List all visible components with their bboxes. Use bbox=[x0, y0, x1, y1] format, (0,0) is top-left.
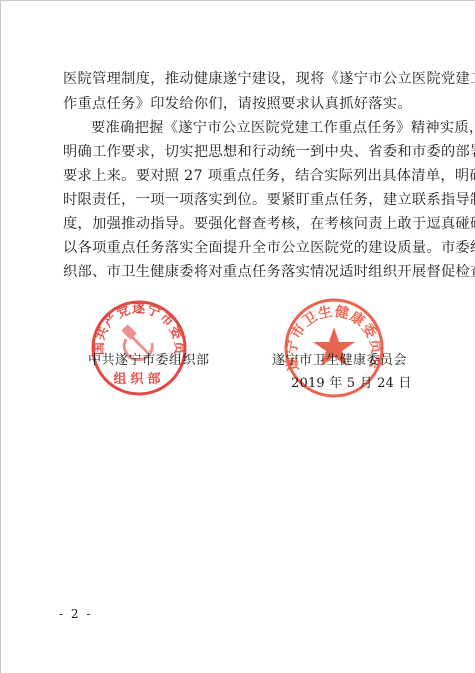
seal-top-text: 中国共产党遂宁市委员会 bbox=[90, 299, 186, 355]
left-signer: 中共遂宁市委组织部 bbox=[88, 349, 210, 368]
body-line: 明确工作要求，切实把思想和行动统一到中央、省委和市委的部署 bbox=[63, 143, 475, 161]
page-number: - 2 - bbox=[59, 607, 92, 621]
body-line: 医院管理制度，推动健康遂宁建设，现将《遂宁市公立医院党建工 bbox=[63, 70, 475, 88]
body-line: 以各项重点任务落实全面提升全市公立医院党的建设质量。市委组 bbox=[63, 239, 475, 257]
body-line: 时限责任，一项一项落实到位。要紧盯重点任务，建立联系指导制 bbox=[63, 191, 475, 209]
svg-text:中国共产党遂宁市委员会: 中国共产党遂宁市委员会 bbox=[90, 299, 186, 355]
right-signer: 遂宁市卫生健康委员会 bbox=[272, 349, 407, 368]
party-committee-seal: 中国共产党遂宁市委员会 组织部 bbox=[90, 299, 188, 397]
body-line: 要准确把握《遂宁市公立医院党建工作重点任务》精神实质， bbox=[91, 119, 475, 137]
body-line: 作重点任务》印发给你们，请按照要求认真抓好落实。 bbox=[63, 95, 412, 113]
issue-date: 2019 年 5 月 24 日 bbox=[291, 372, 412, 391]
document-page: 医院管理制度，推动健康遂宁建设，现将《遂宁市公立医院党建工 作重点任务》印发给你… bbox=[0, 0, 475, 673]
body-line: 织部、市卫生健康委将对重点任务落实情况适时组织开展督促检查。 bbox=[63, 263, 475, 281]
body-line: 度，加强推动指导。要强化督查考核，在考核问责上敢于逗真碰硬， bbox=[63, 215, 475, 233]
body-line: 要求上来。要对照 27 项重点任务，结合实际列出具体清单，明确 bbox=[63, 167, 475, 185]
seal-bottom-text: 组织部 bbox=[113, 371, 164, 387]
